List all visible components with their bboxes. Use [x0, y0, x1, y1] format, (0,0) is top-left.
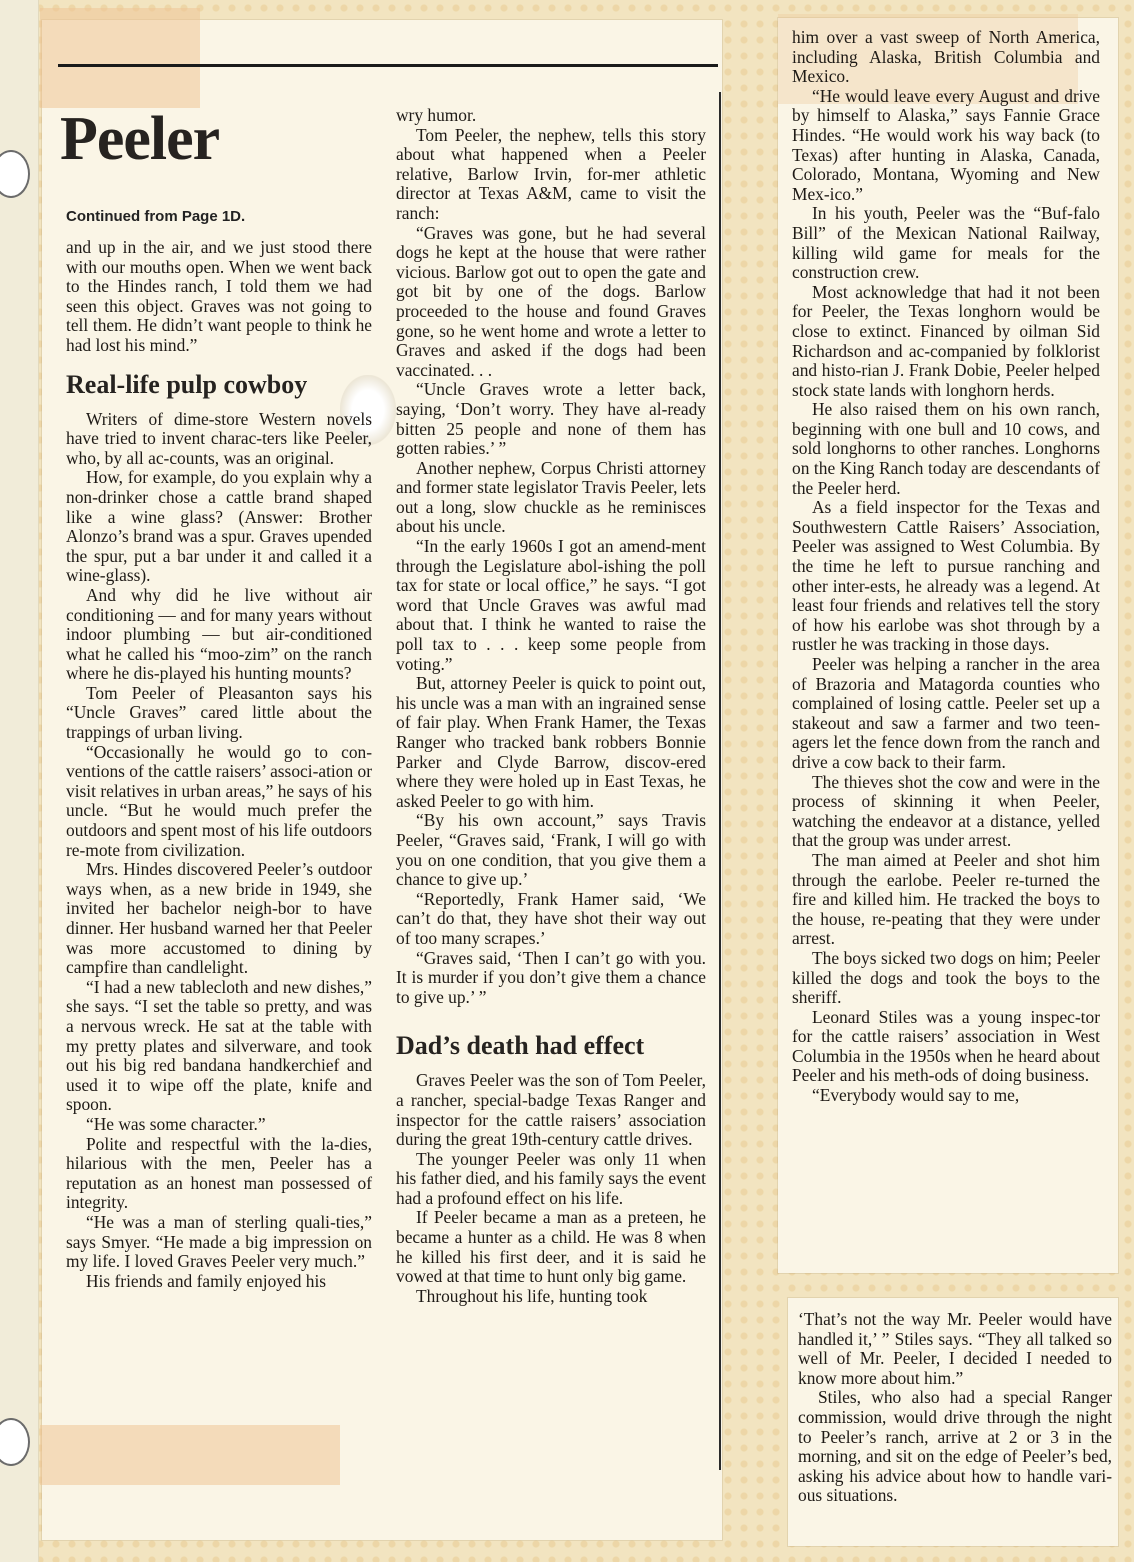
binder-hole-icon — [0, 150, 30, 198]
article-paragraph: How, for example, do you explain why a n… — [66, 468, 372, 586]
article-paragraph: His friends and family enjoyed his — [66, 1272, 372, 1292]
article-paragraph: But, attorney Peeler is quick to point o… — [396, 674, 706, 811]
article-column-2: wry humor.Tom Peeler, the nephew, tells … — [396, 106, 706, 1306]
article-paragraph: “By his own account,” says Travis Peeler… — [396, 811, 706, 889]
article-paragraph: In his youth, Peeler was the “Buf-falo B… — [792, 204, 1100, 282]
article-paragraph: Stiles, who also had a special Ranger co… — [798, 1388, 1112, 1506]
article-paragraph: “Reportedly, Frank Hamer said, ‘We can’t… — [396, 890, 706, 949]
article-paragraph: Mrs. Hindes discovered Peeler’s outdoor … — [66, 860, 372, 978]
article-paragraph: Another nephew, Corpus Christi attorney … — [396, 459, 706, 537]
binder-edge — [0, 0, 39, 1562]
article-paragraph: and up in the air, and we just stood the… — [66, 238, 372, 356]
article-paragraph: “I had a new tablecloth and new dishes,”… — [66, 978, 372, 1115]
tape-strip — [40, 1425, 340, 1485]
article-paragraph: The younger Peeler was only 11 when his … — [396, 1150, 706, 1209]
subhead-dads-death: Dad’s death had effect — [396, 1031, 706, 1061]
article-paragraph: The man aimed at Peeler and shot him thr… — [792, 851, 1100, 949]
article-paragraph: “Uncle Graves wrote a letter back, sayin… — [396, 380, 706, 458]
article-paragraph: “Graves was gone, but he had several dog… — [396, 224, 706, 381]
article-paragraph: “Everybody would say to me, — [792, 1086, 1100, 1106]
article-paragraph: The thieves shot the cow and were in the… — [792, 773, 1100, 851]
article-paragraph: “Occasionally he would go to con-vention… — [66, 743, 372, 861]
article-paragraph: As a field inspector for the Texas and S… — [792, 498, 1100, 655]
article-paragraph: Tom Peeler of Pleasanton says his “Uncle… — [66, 684, 372, 743]
article-paragraph: Graves Peeler was the son of Tom Peeler,… — [396, 1071, 706, 1149]
article-paragraph: Polite and respectful with the la-dies, … — [66, 1135, 372, 1213]
article-paragraph: He also raised them on his own ranch, be… — [792, 400, 1100, 498]
article-paragraph: him over a vast sweep of North America, … — [792, 28, 1100, 87]
article-paragraph: Throughout his life, hunting took — [396, 1287, 706, 1307]
article-paragraph: And why did he live without air conditio… — [66, 586, 372, 684]
article-column-1: and up in the air, and we just stood the… — [66, 238, 372, 1291]
article-paragraph: “He was a man of sterling quali-ties,” s… — [66, 1213, 372, 1272]
article-paragraph: Writers of dime-store Western novels hav… — [66, 410, 372, 469]
article-paragraph: “Graves said, ‘Then I can’t go with you.… — [396, 949, 706, 1008]
article-paragraph: Tom Peeler, the nephew, tells this story… — [396, 126, 706, 224]
article-column-3-continuation: ‘That’s not the way Mr. Peeler would hav… — [798, 1310, 1112, 1506]
article-paragraph: Leonard Stiles was a young inspec-tor fo… — [792, 1008, 1100, 1086]
article-paragraph: Peeler was helping a rancher in the area… — [792, 655, 1100, 773]
article-paragraph: “He was some character.” — [66, 1115, 372, 1135]
article-paragraph: ‘That’s not the way Mr. Peeler would hav… — [798, 1310, 1112, 1388]
article-paragraph: “In the early 1960s I got an amend-ment … — [396, 537, 706, 674]
tape-strip — [40, 8, 200, 108]
binder-hole-icon — [0, 1418, 30, 1466]
article-paragraph: Most acknowledge that had it not been fo… — [792, 283, 1100, 401]
article-headline: Peeler — [60, 108, 219, 170]
article-paragraph: “He would leave every August and drive b… — [792, 87, 1100, 205]
headline-rule — [58, 64, 718, 67]
article-paragraph: If Peeler became a man as a preteen, he … — [396, 1208, 706, 1286]
column-rule — [719, 92, 721, 1470]
subhead-real-life-pulp-cowboy: Real-life pulp cowboy — [66, 370, 372, 400]
continued-note: Continued from Page 1D. — [66, 208, 245, 225]
article-column-3: him over a vast sweep of North America, … — [792, 28, 1100, 1106]
article-paragraph: wry humor. — [396, 106, 706, 126]
article-paragraph: The boys sicked two dogs on him; Peeler … — [792, 949, 1100, 1008]
